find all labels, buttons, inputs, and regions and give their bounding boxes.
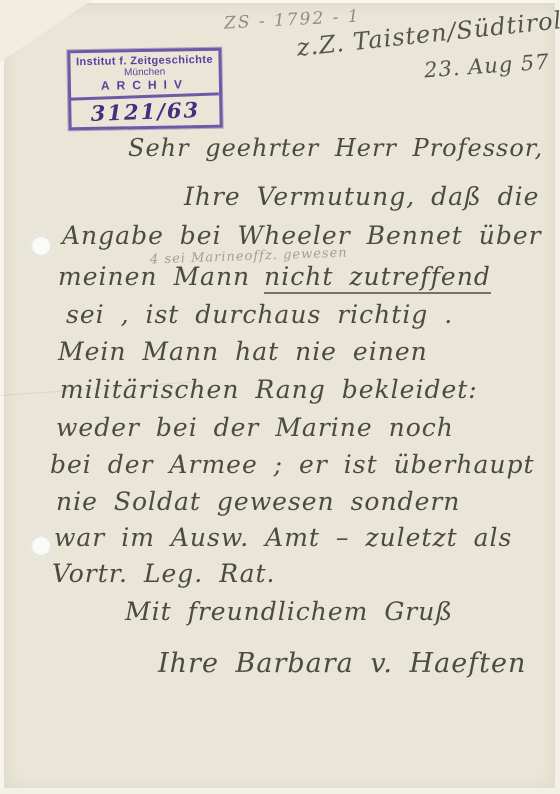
body-line: militärischen Rang bekleidet: [60,375,478,404]
closing-line: Mit freundlichem Gruß [125,597,453,626]
scanned-letter-page: ZS - 1792 - 1 z.Z. Taisten/Südtirol 23. … [0,0,560,794]
signature-line: Ihre Barbara v. Haeften [158,648,526,679]
scan-edge-left [0,0,4,794]
body-line: weder bei der Marine noch [56,413,454,442]
scan-edge-right [555,0,560,794]
scan-edge-bottom [0,788,560,794]
punch-hole-bottom [30,535,52,557]
body-line: Mein Mann hat nie einen [58,337,428,366]
body-line-opening: Ihre Vermutung, daß die [184,182,539,211]
body-line-with-underline: meinen Mannnicht zutreffend [58,262,491,291]
stamp-signature-number: 3121/63 [71,92,220,128]
archive-stamp: Institut f. Zeitgeschichte München ARCHI… [67,48,222,131]
letter-date-line: 23. Aug 57 [423,50,550,83]
body-line: sei , ist durchaus richtig . [66,300,453,329]
underlined-phrase: nicht zutreffend [264,262,491,294]
body-line: nie Soldat gewesen sondern [56,487,460,516]
stamp-archiv-label: ARCHIV [71,77,219,94]
body-line: Vortr. Leg. Rat. [52,559,276,588]
punch-hole-top [30,235,52,257]
salutation-line: Sehr geehrter Herr Professor, [128,134,543,162]
body-line: war im Ausw. Amt – zuletzt als [54,523,512,552]
body-line: Angabe bei Wheeler Bennet über [62,221,542,250]
body-line-text: meinen Mann [58,262,250,291]
body-line: bei der Armee ; er ist überhaupt [50,450,535,479]
